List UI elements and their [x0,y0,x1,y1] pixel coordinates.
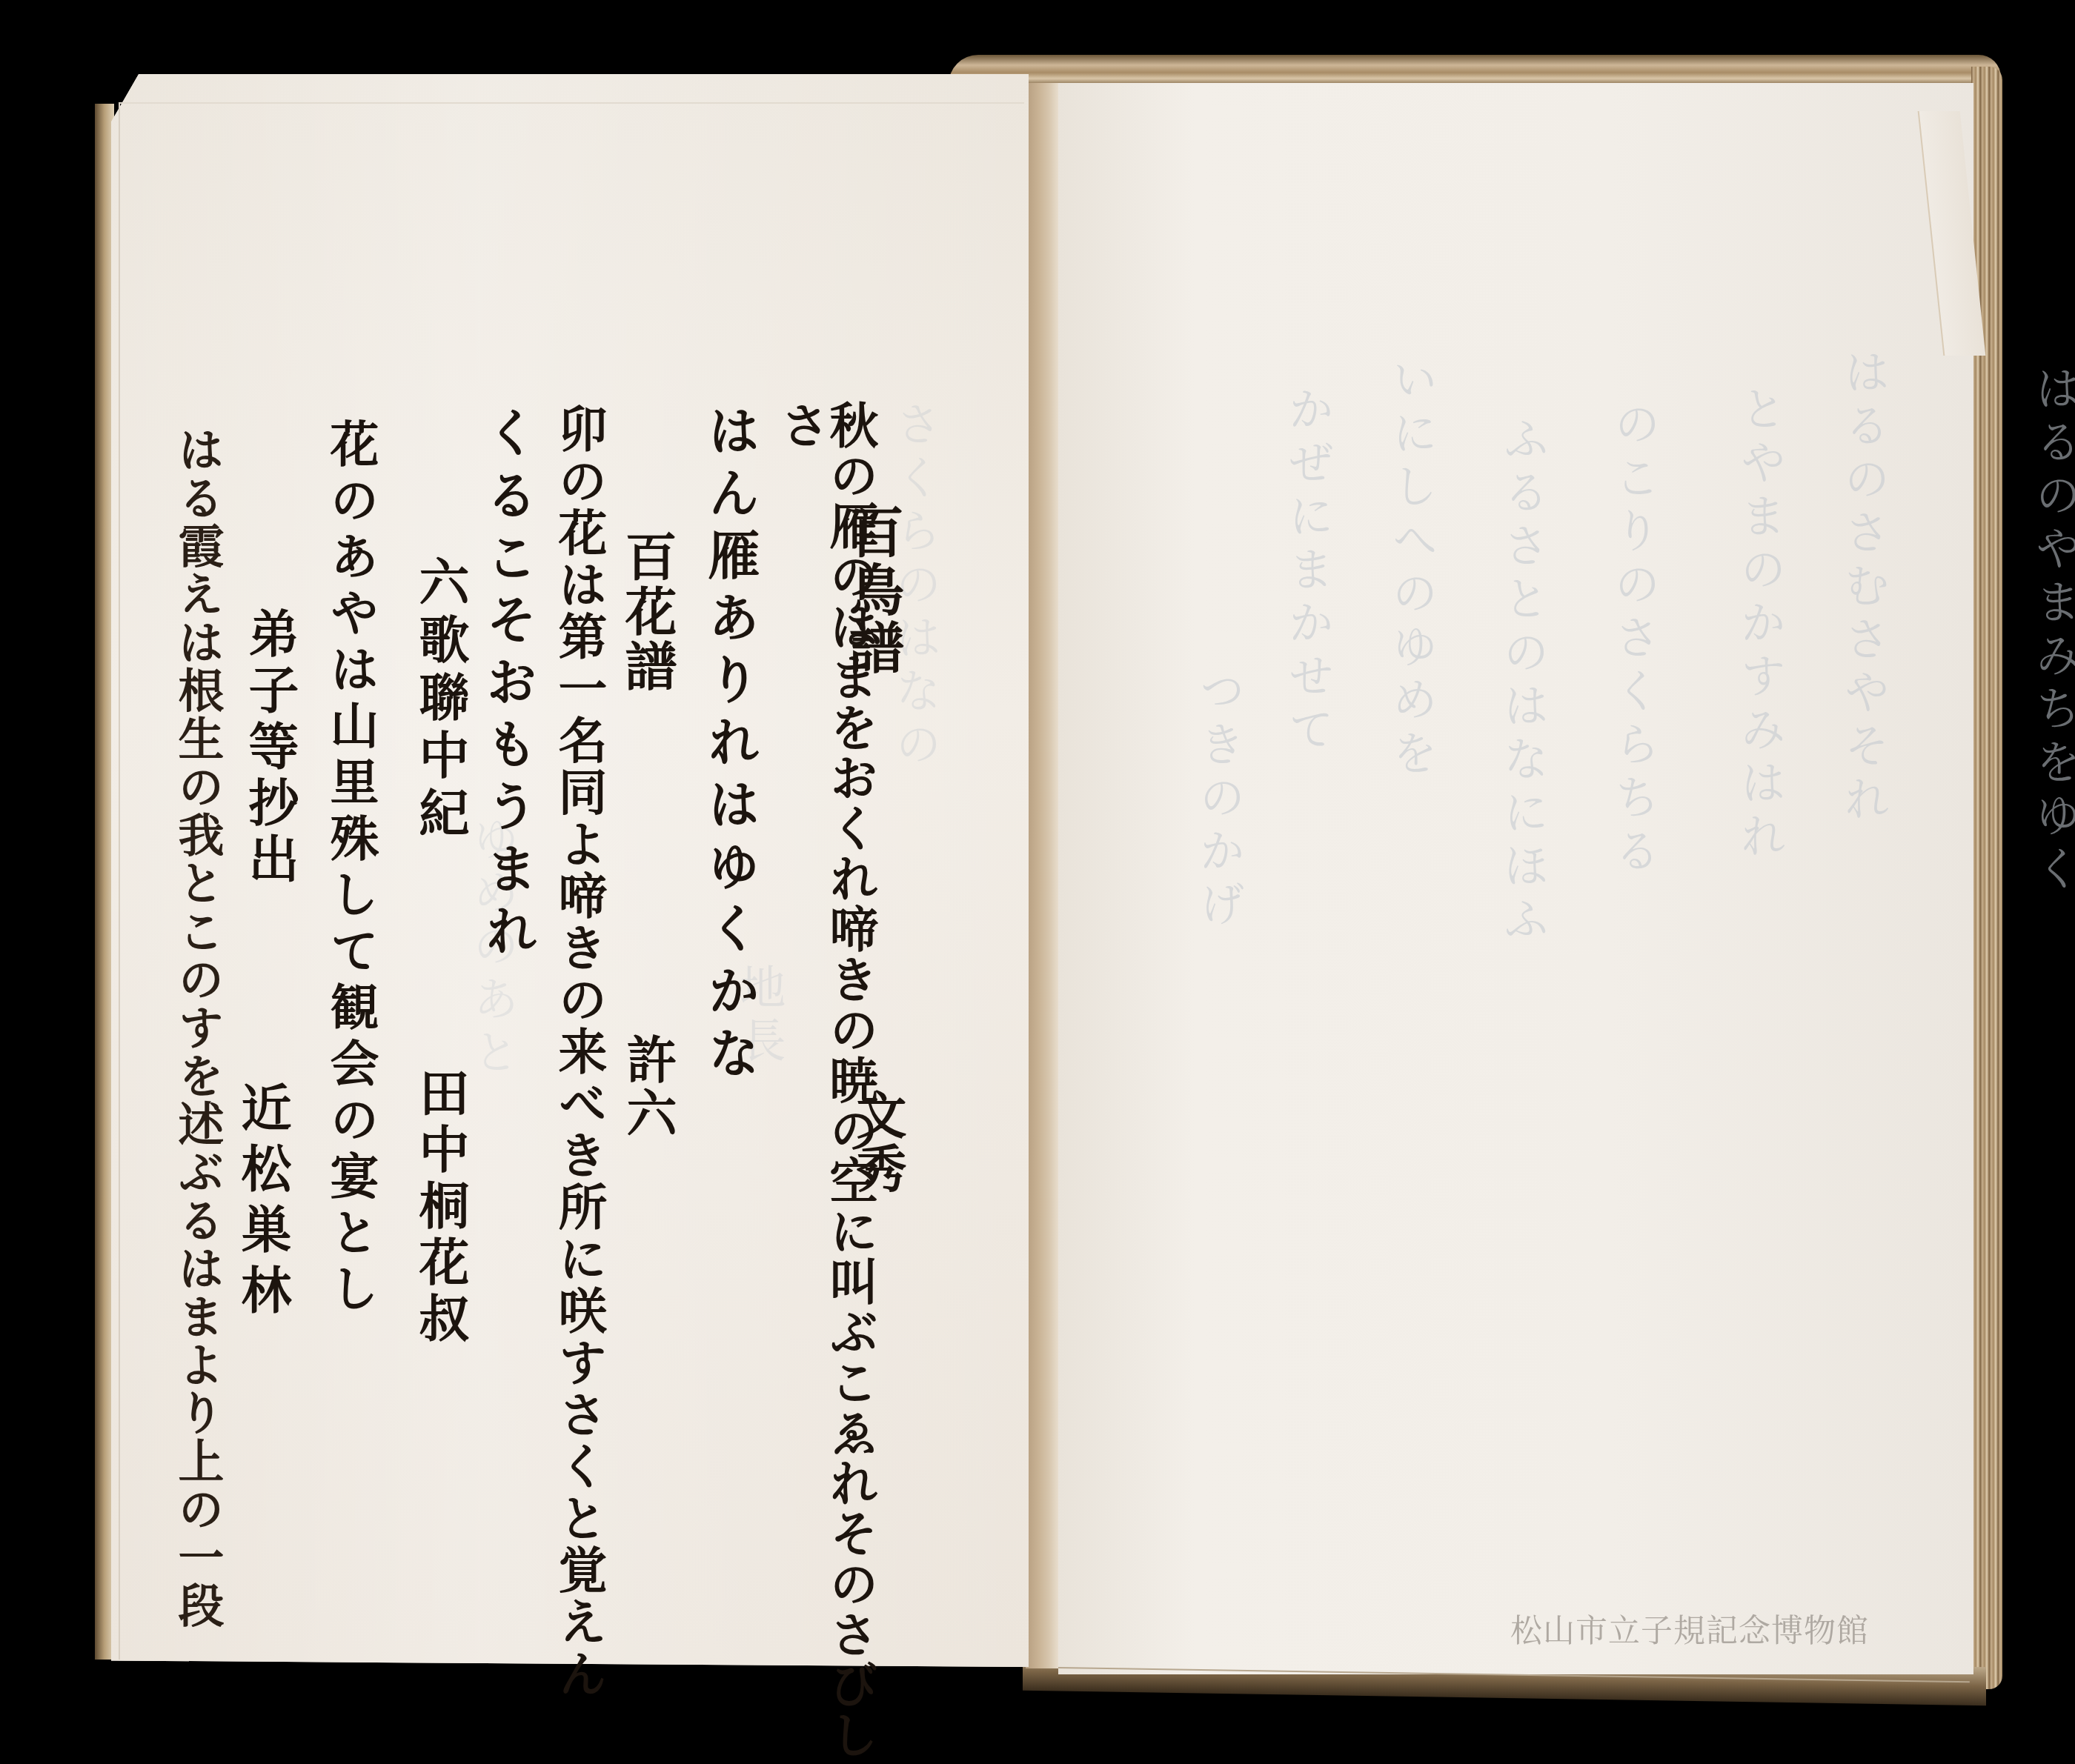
book-gutter [1026,83,1058,1668]
bleed-through-column: はるのさむさやそれ [1830,348,1896,828]
author-signature: 田中桐花叔 [415,1067,465,1348]
author-signature: 許六 [622,1034,673,1140]
section-title: 弟子等抄出 [245,608,295,889]
verse-column: はん雁ありれはゆくかな [704,404,756,1088]
verse-column: 卯の花は第一名同よ啼きの来べき所に咲すさくと覚えん [554,404,603,1700]
verse-column: 花のあやは山里殊して観会の宴とし [326,419,375,1319]
author-signature: 文秀 [852,1089,903,1196]
section-title-hyakkafu: 百花譜 [621,530,673,694]
bleed-through-text: はるのやまみちをゆく [2022,365,2075,898]
bleed-through-column: とやまのかすみはれ [1727,385,1793,865]
museum-watermark: 松山市立子規記念博物館 [1510,1606,1869,1651]
bleed-through-column: かぜにまかせて [1275,385,1341,759]
section-title: 六歌聯中紀 [415,556,465,845]
author-signature: 近松巣林 [237,1082,288,1325]
bleed-through-column: ふるさとのはなにほふ [1490,415,1556,948]
page-stack-top-edge [949,55,2001,84]
bleed-through-column: のこりのさくらちる [1601,400,1667,880]
verse-column: 秋の雁のはまをおくれ啼きの暁の空に叫ぶこゑれそのさびしさ [777,400,874,1764]
bleed-through-column: つきのかげ [1186,667,1252,933]
open-book: はるのやまみちをゆく はるのさむさやそれ とやまのかすみはれ のこりのさくらちる… [0,0,2075,1764]
bleed-through-column: いにしへのゆめを [1378,356,1444,782]
verse-column: はる霞えは根生の我とこのすを述ぶるはまより上の一段 [174,426,220,1630]
verse-column: くるこそおもうまれ [482,406,534,966]
